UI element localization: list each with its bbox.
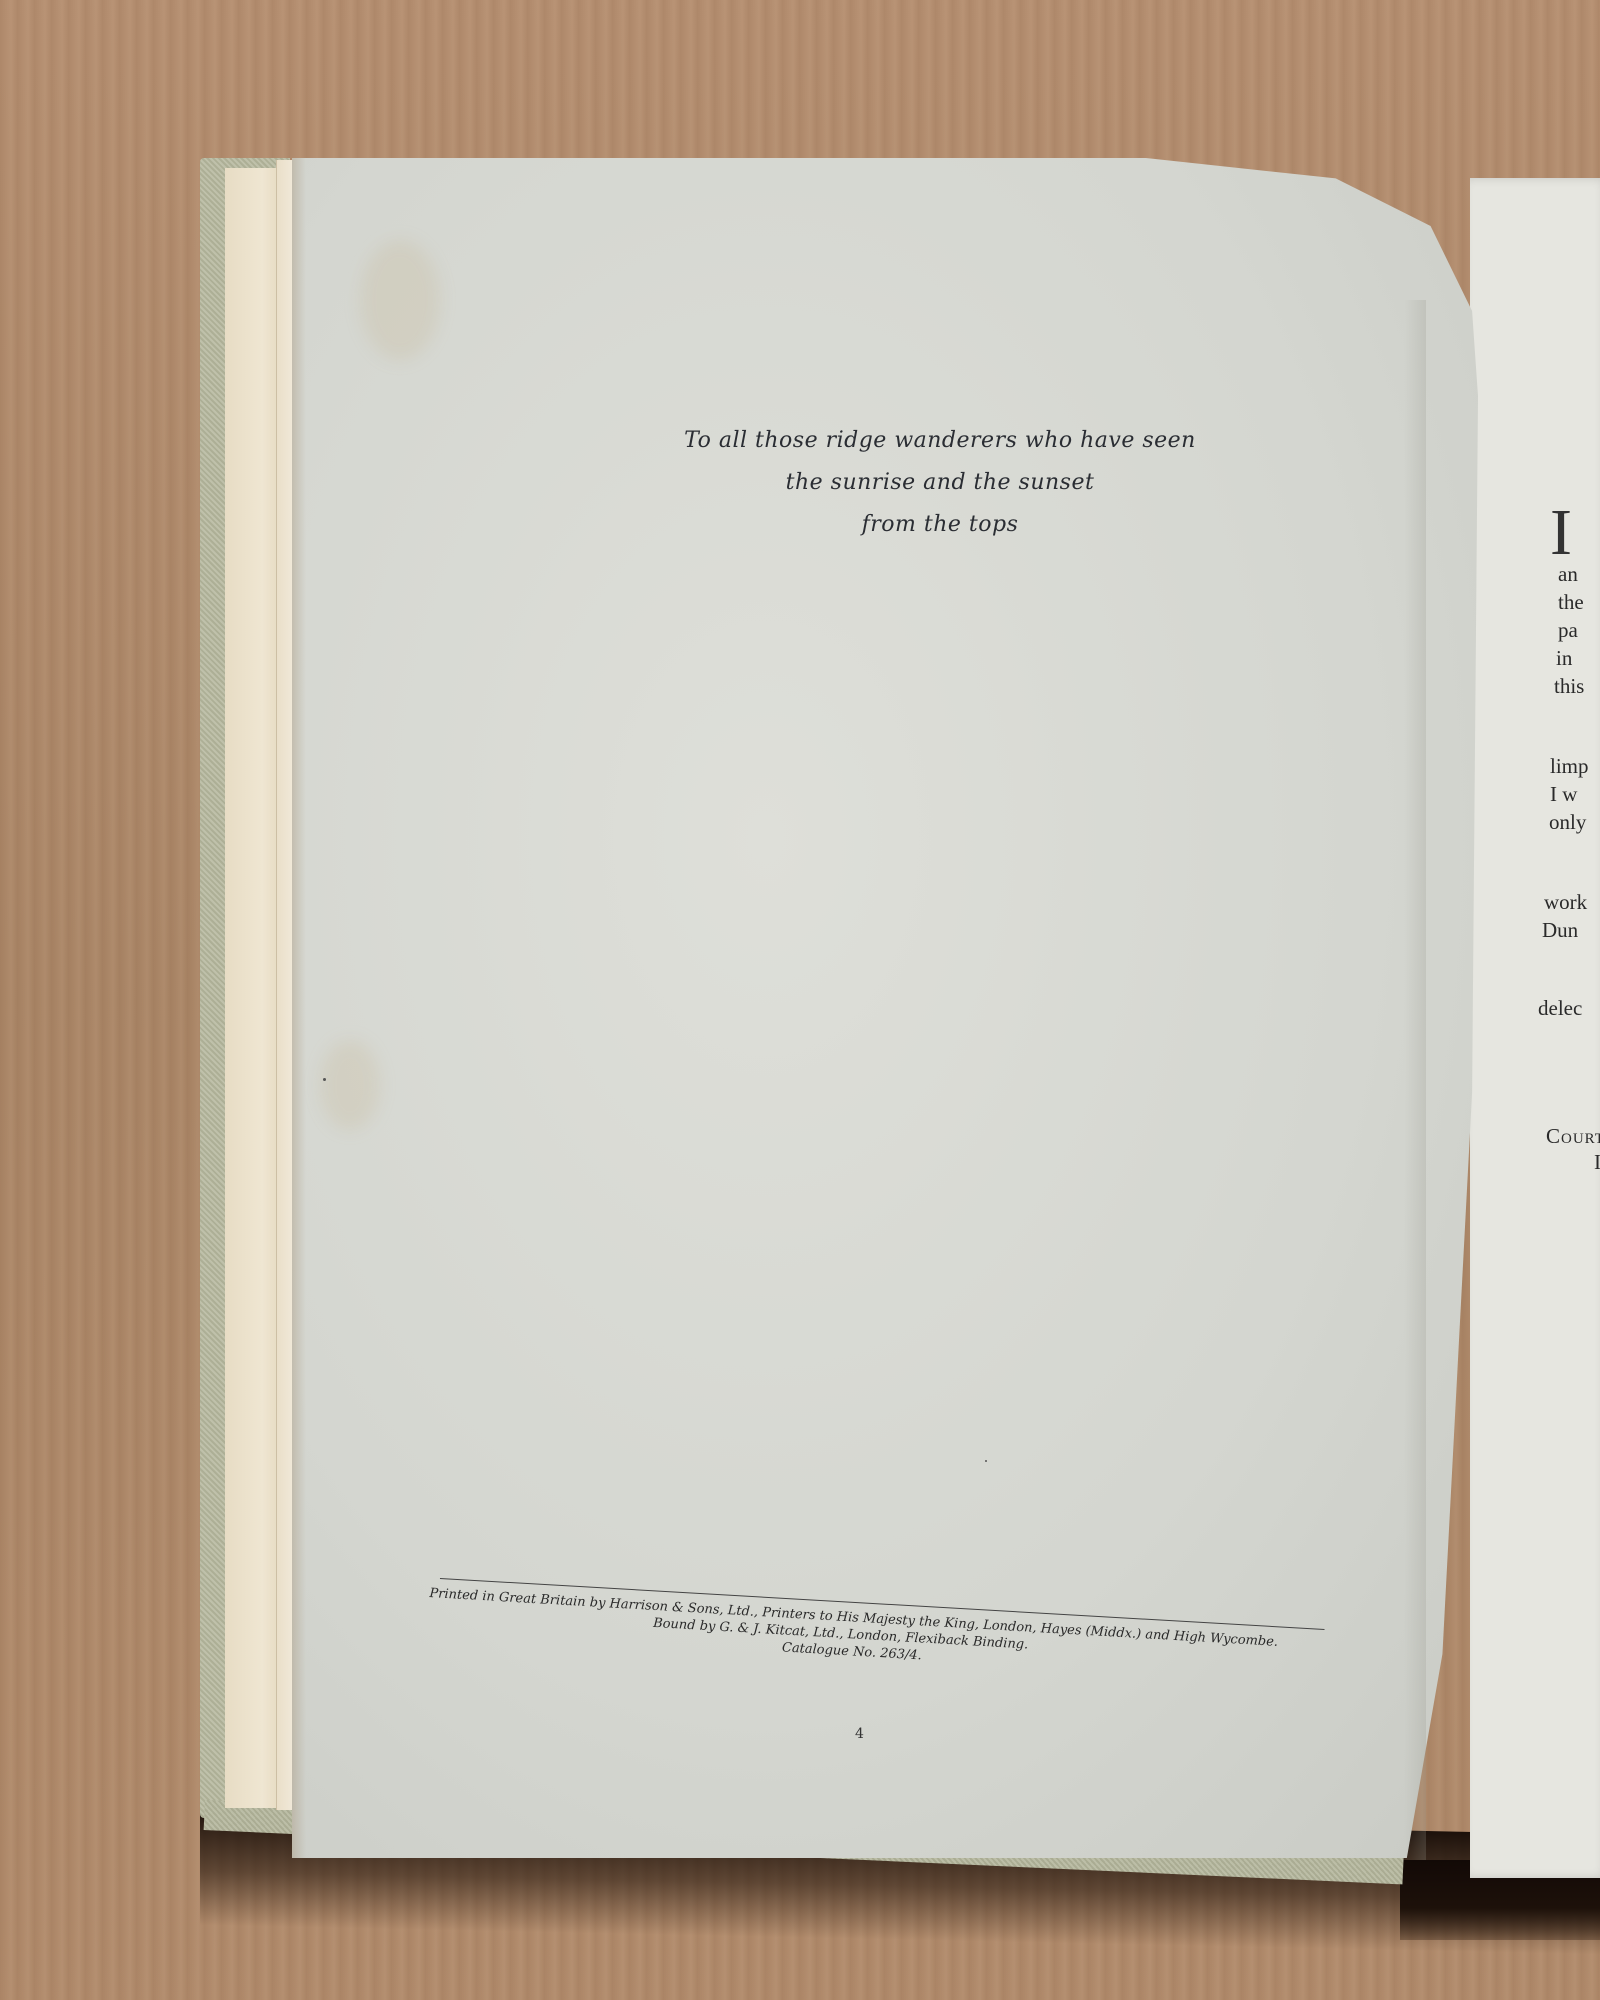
text-fragment: delec <box>1538 994 1582 1022</box>
text-fragment: in <box>1556 644 1572 672</box>
text-fragment: I <box>1594 1148 1600 1176</box>
dedication-line: from the tops <box>640 504 1240 546</box>
dedication-line: To all those ridge wanderers who have se… <box>640 420 1240 462</box>
foxing-stain <box>320 1040 380 1130</box>
text-fragment: only <box>1549 808 1586 836</box>
dropcap: I <box>1550 500 1572 566</box>
dedication: To all those ridge wanderers who have se… <box>640 420 1240 546</box>
text-fragment: limp <box>1550 752 1589 780</box>
text-fragment: I w <box>1550 780 1577 808</box>
text-fragment: pa <box>1558 616 1578 644</box>
text-fragment: Court <box>1546 1122 1600 1150</box>
page-curl-shading <box>1404 300 1426 1860</box>
text-fragment: work <box>1544 888 1587 916</box>
text-fragment: an <box>1558 560 1578 588</box>
dedication-line: the sunrise and the sunset <box>640 462 1240 504</box>
paper-speck <box>323 1078 326 1081</box>
page-gutter <box>292 158 306 1858</box>
text-fragment: Dun <box>1542 916 1578 944</box>
text-fragment: the <box>1558 588 1584 616</box>
foxing-stain <box>360 240 440 360</box>
right-page <box>1470 178 1600 1878</box>
text-fragment: this <box>1554 672 1584 700</box>
page-number: 4 <box>855 1726 864 1742</box>
paper-speck <box>985 1460 987 1462</box>
